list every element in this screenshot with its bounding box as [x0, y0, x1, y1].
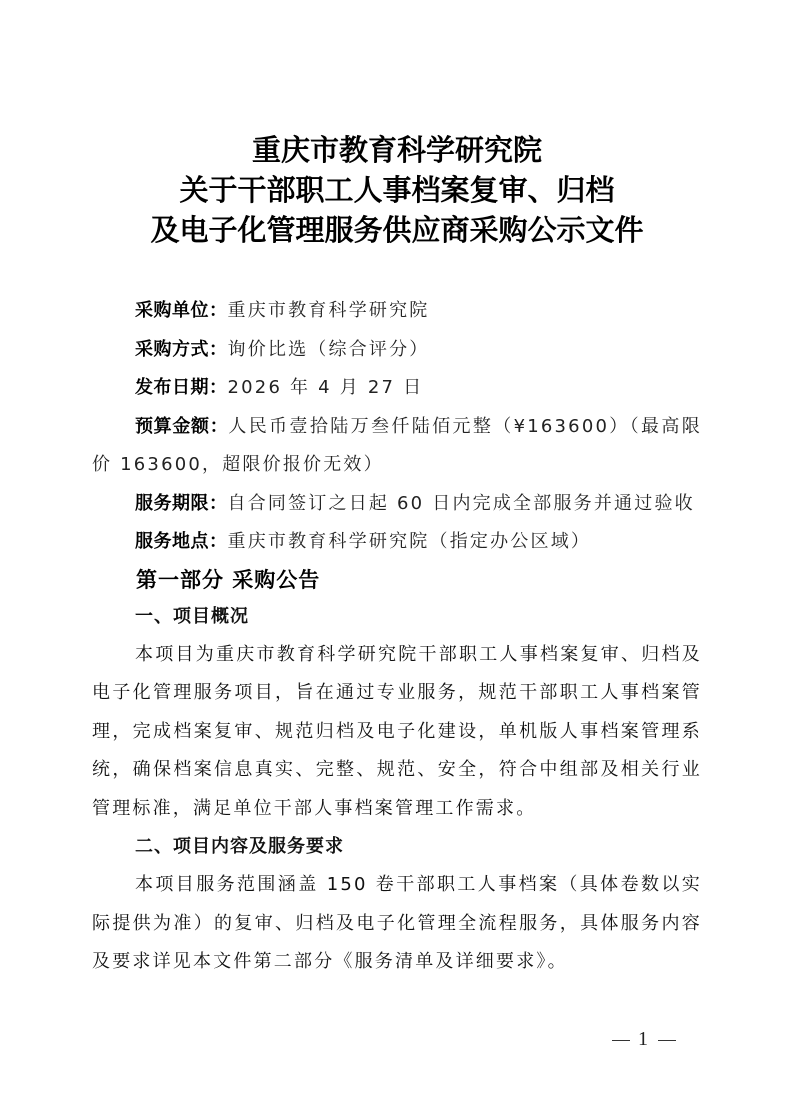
- meta-procurement-unit: 采购单位：重庆市教育科学研究院: [92, 292, 702, 331]
- title-line-3: 及电子化管理服务供应商采购公示文件: [0, 210, 794, 250]
- meta-separator: ：: [209, 300, 228, 321]
- meta-budget: 预算金额：人民币壹拾陆万叁仟陆佰元整（¥163600）（最高限价 163600，…: [92, 408, 702, 485]
- meta-separator: ：: [209, 339, 228, 360]
- section-heading-overview: 一、项目概况: [135, 598, 702, 636]
- meta-separator: ：: [209, 493, 228, 514]
- section-paragraph-content: 本项目服务范围涵盖 150 卷干部职工人事档案（具体卷数以实际提供为准）的复审、…: [92, 866, 702, 982]
- meta-label: 服务地点: [135, 531, 209, 552]
- meta-value: 重庆市教育科学研究院: [228, 300, 430, 321]
- meta-label: 预算金额: [135, 416, 210, 437]
- document-page: 重庆市教育科学研究院 关于干部职工人事档案复审、归档 及电子化管理服务供应商采购…: [0, 0, 794, 1108]
- title-line-2: 关于干部职工人事档案复审、归档: [0, 170, 794, 210]
- meta-publish-date: 发布日期：2026 年 4 月 27 日: [92, 369, 702, 408]
- dash-left: [612, 1040, 630, 1041]
- meta-separator: ：: [209, 377, 228, 398]
- meta-value: 询价比选（综合评分）: [228, 339, 430, 360]
- part-heading: 第一部分 采购公告: [136, 562, 702, 598]
- meta-value: 自合同签订之日起 60 日内完成全部服务并通过验收: [228, 493, 695, 514]
- section-heading-content: 二、项目内容及服务要求: [135, 828, 702, 866]
- document-body: 采购单位：重庆市教育科学研究院 采购方式：询价比选（综合评分） 发布日期：202…: [92, 292, 702, 982]
- meta-label: 采购方式: [135, 339, 209, 360]
- meta-value: 2026 年 4 月 27 日: [228, 377, 424, 398]
- page-number: 1: [604, 1028, 684, 1051]
- meta-service-location: 服务地点：重庆市教育科学研究院（指定办公区域）: [92, 523, 702, 562]
- title-line-1: 重庆市教育科学研究院: [0, 130, 794, 170]
- meta-service-period: 服务期限：自合同签订之日起 60 日内完成全部服务并通过验收: [92, 485, 702, 524]
- meta-label: 服务期限: [135, 493, 209, 514]
- meta-label: 发布日期: [135, 377, 209, 398]
- meta-value: 重庆市教育科学研究院（指定办公区域）: [228, 531, 592, 552]
- document-title: 重庆市教育科学研究院 关于干部职工人事档案复审、归档 及电子化管理服务供应商采购…: [0, 130, 794, 250]
- meta-label: 采购单位: [135, 300, 209, 321]
- dash-right: [658, 1040, 676, 1041]
- section-paragraph-overview: 本项目为重庆市教育科学研究院干部职工人事档案复审、归档及电子化管理服务项目，旨在…: [92, 636, 702, 829]
- meta-separator: ：: [210, 416, 229, 437]
- meta-separator: ：: [209, 531, 228, 552]
- page-number-value: 1: [638, 1028, 650, 1050]
- meta-procurement-method: 采购方式：询价比选（综合评分）: [92, 331, 702, 370]
